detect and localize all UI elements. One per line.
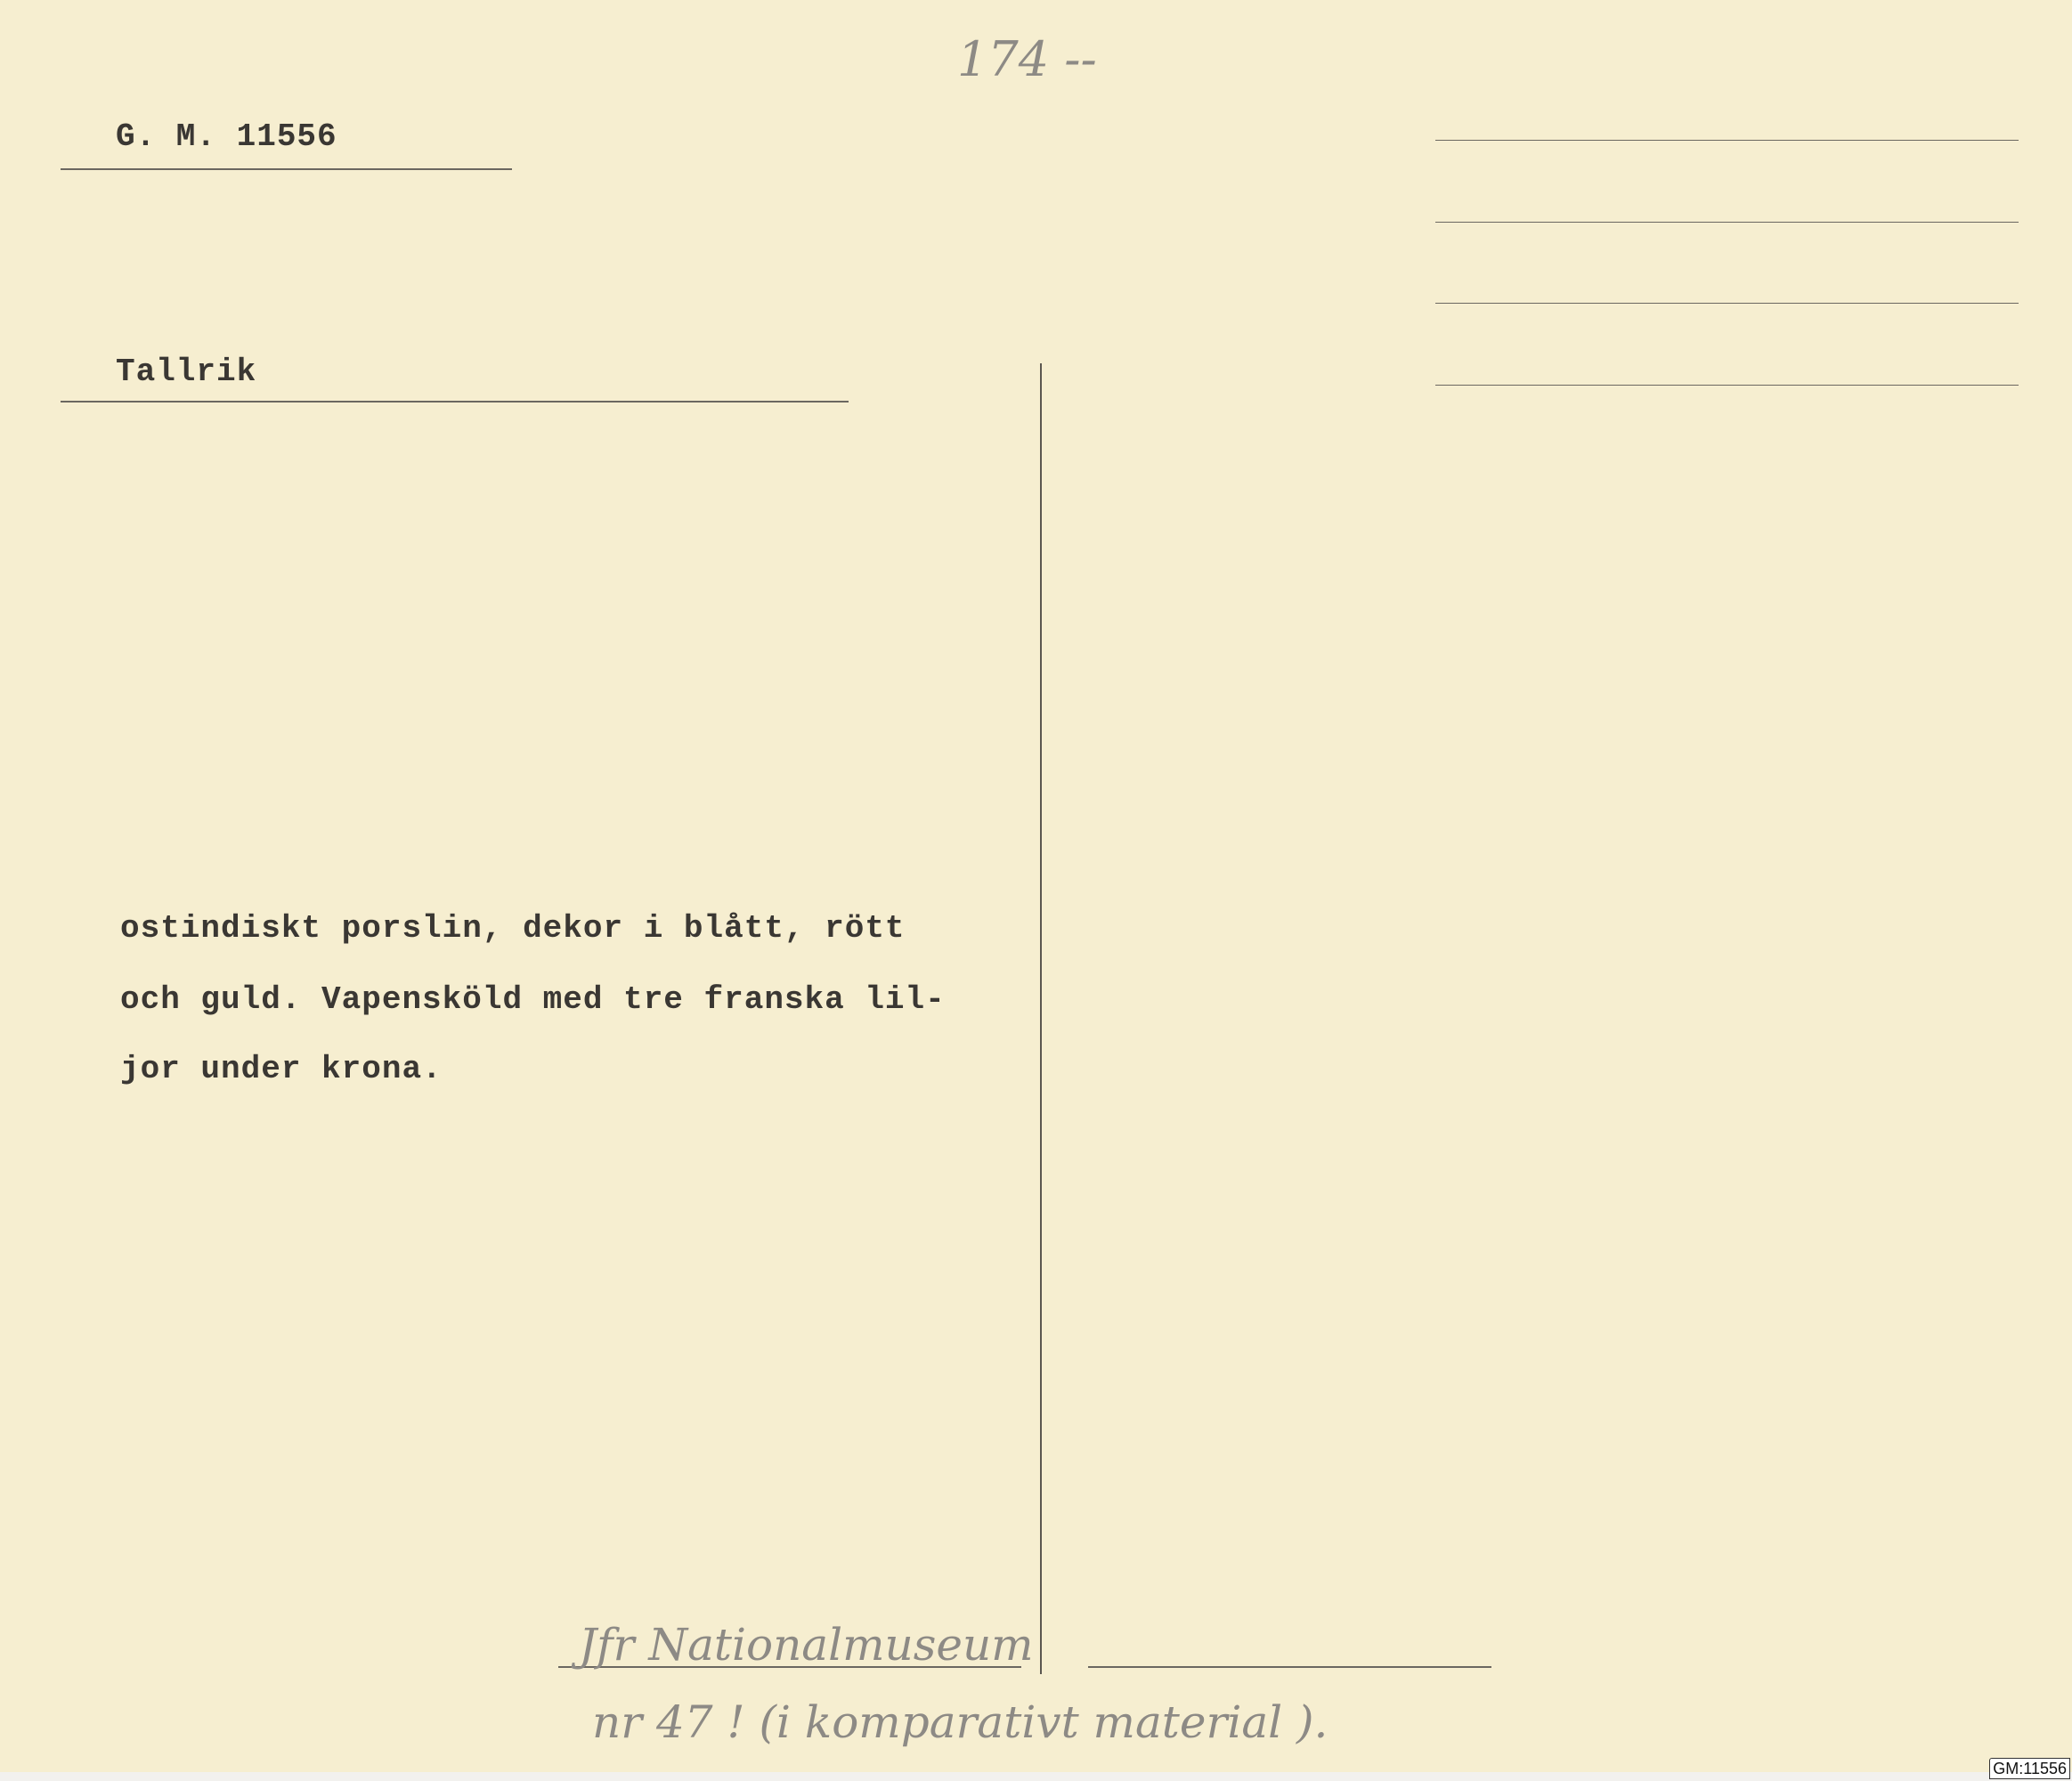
description-line-2: och guld. Vapensköld med tre franska lil… [120, 981, 946, 1018]
description-line-3: jor under krona. [120, 1051, 443, 1087]
column-divider [1040, 363, 1042, 1674]
description-line-1: ostindiskt porslin, dekor i blått, rött [120, 910, 906, 947]
handwritten-note-line-1: Jfr Nationalmuseum [579, 1619, 1034, 1671]
handwritten-page-number: 174 -- [957, 31, 1097, 87]
object-name: Tallrik [116, 354, 256, 390]
object-name-underline [61, 401, 849, 403]
catalog-card: 174 -- G. M. 11556 Tallrik ostindiskt po… [0, 0, 2072, 1772]
bottom-field-line-right [1088, 1666, 1491, 1668]
inventory-number-underline [61, 168, 512, 170]
corner-id-label: GM:11556 [1989, 1758, 2070, 1779]
right-field-line-3 [1435, 303, 2019, 304]
right-field-line-1 [1435, 140, 2019, 141]
right-field-line-4 [1435, 385, 2019, 386]
handwritten-note-line-2: nr 47 ! (i komparativt material ). [592, 1696, 1328, 1748]
inventory-number: G. M. 11556 [116, 118, 337, 155]
right-field-line-2 [1435, 222, 2019, 223]
